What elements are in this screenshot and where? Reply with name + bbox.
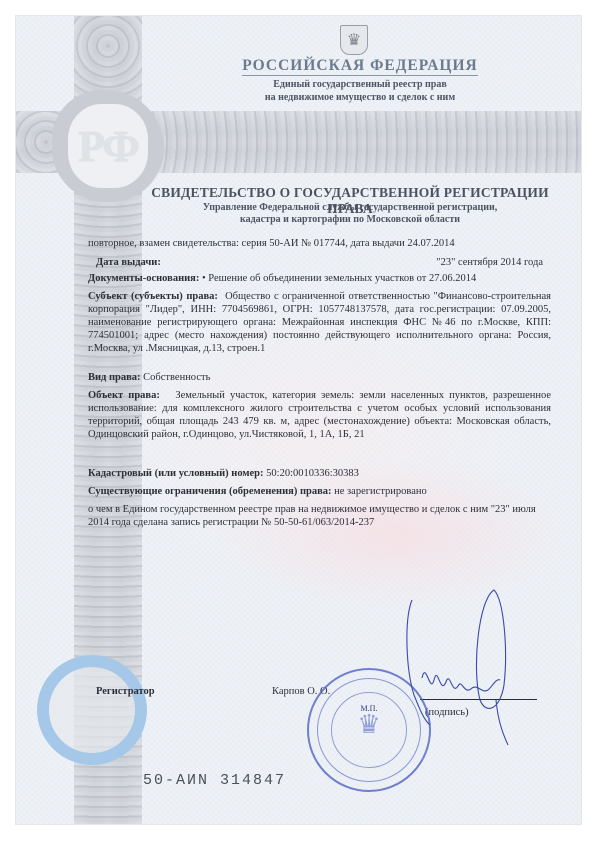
cadastral-label: Кадастровый (или условный) номер: — [88, 468, 264, 479]
stamp-label: М.П. — [339, 704, 399, 713]
divider — [242, 75, 478, 76]
country-title: РОССИЙСКАЯ ФЕДЕРАЦИЯ — [240, 57, 480, 75]
registrar-label: Регистратор — [96, 686, 155, 697]
documents-row: Документы-основания: • Решение об объеди… — [88, 272, 551, 285]
issue-date-label: Дата выдачи: — [96, 257, 161, 268]
documents-label: Документы-основания: — [88, 273, 199, 284]
restrictions-label: Существующие ограничения (обременения) п… — [88, 486, 332, 497]
issuing-office: Управление Федеральной службы государств… — [140, 202, 560, 226]
issue-date-row: Дата выдачи: "23" сентября 2014 года — [88, 256, 551, 269]
stamp-eagle-icon: ♛ — [345, 710, 393, 740]
ring-inner-decoration — [49, 667, 135, 753]
form-serial-number: 50-АИN 314847 — [143, 772, 286, 789]
coat-of-arms-icon: ♛ — [340, 25, 368, 55]
right-type-value: Собственность — [143, 372, 210, 383]
signature-scribble — [400, 560, 590, 750]
subject-label: Субъект (субъекты) права: — [88, 291, 218, 302]
right-type-row: Вид права: Собственность — [88, 371, 551, 384]
subject-row: Субъект (субъекты) права: Общество с огр… — [88, 290, 551, 355]
repeat-note: повторное, взамен свидетельства: серия 5… — [88, 237, 551, 250]
issue-date-value: "23" сентября 2014 года — [436, 256, 543, 269]
object-label: Объект права: — [88, 390, 160, 401]
cadastral-value: 50:20:0010336:30383 — [266, 468, 359, 479]
record-note: о чем в Едином государственном реестре п… — [88, 503, 551, 529]
object-row: Объект права: Земельный участок, категор… — [88, 389, 551, 441]
restrictions-row: Существующие ограничения (обременения) п… — [88, 485, 551, 498]
right-type-label: Вид права: — [88, 372, 141, 383]
registry-subtitle: Единый государственный реестр прав на не… — [240, 79, 480, 104]
cadastral-row: Кадастровый (или условный) номер: 50:20:… — [88, 467, 551, 480]
restrictions-value: не зарегистрировано — [334, 486, 427, 497]
rf-watermark: РФ — [78, 121, 138, 172]
documents-value: • Решение об объединении земельных участ… — [202, 273, 476, 284]
